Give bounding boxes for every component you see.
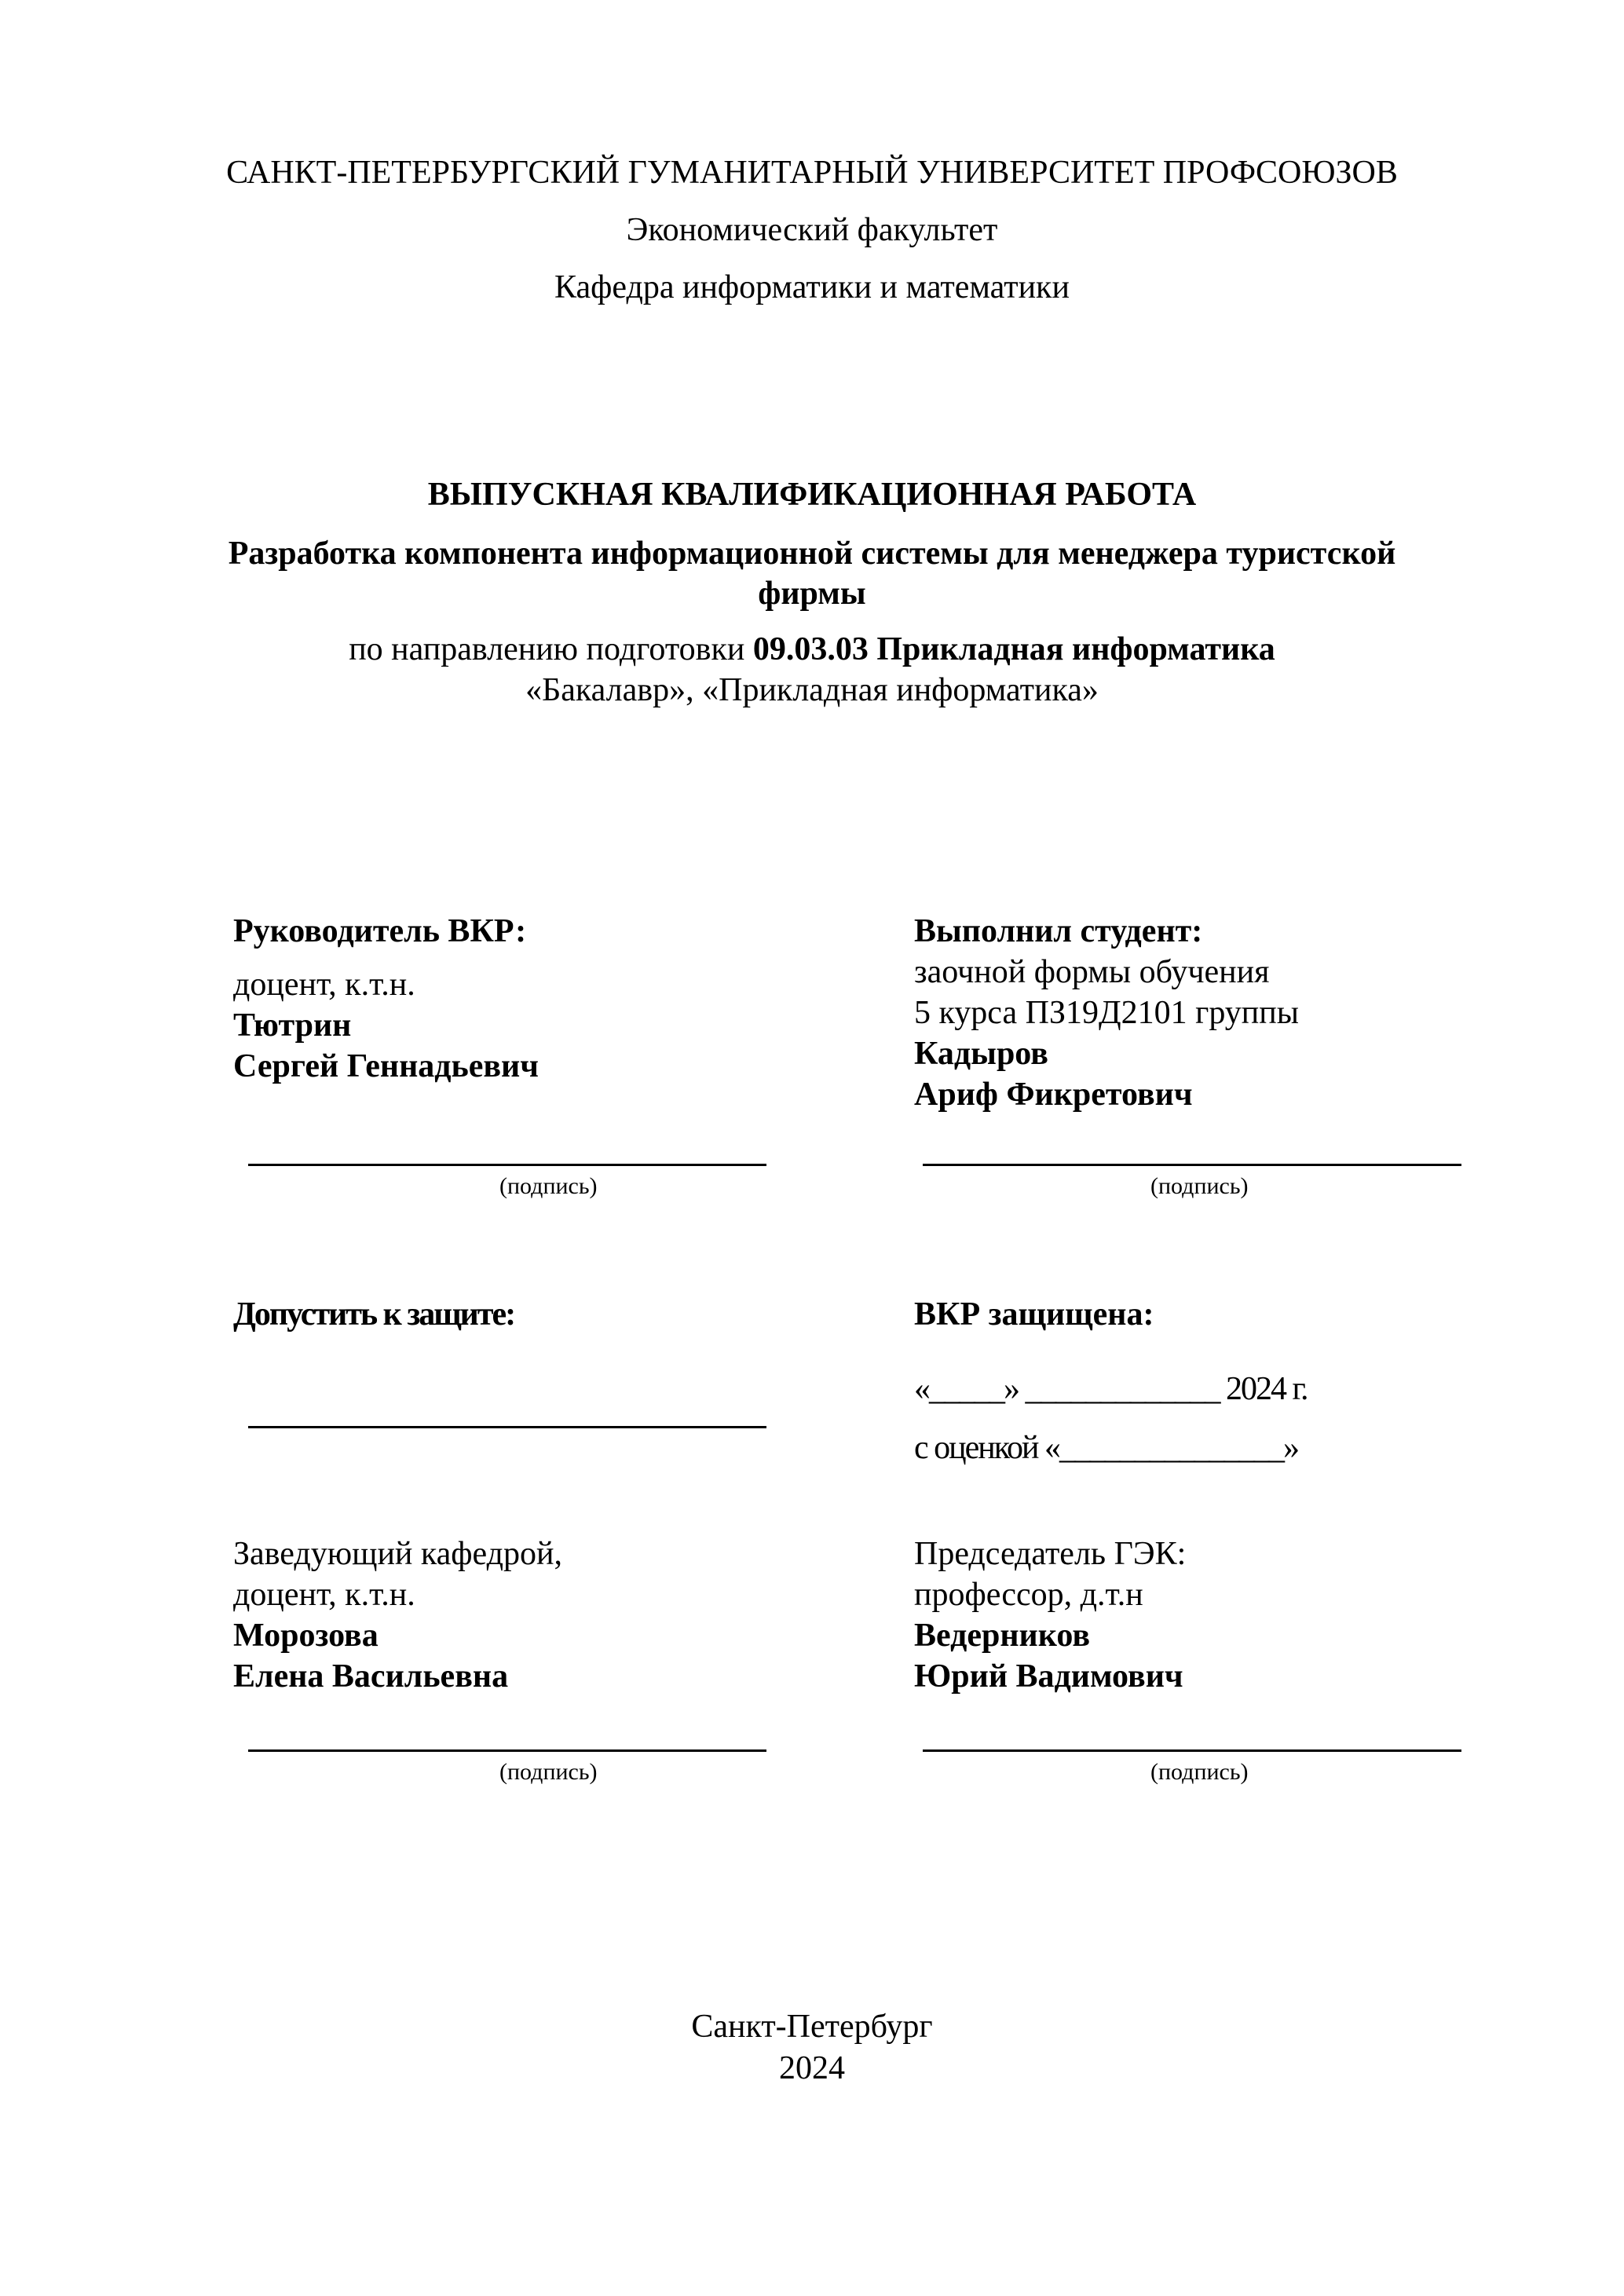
head-position-line-2: доцент, к.т.н. <box>233 1576 415 1614</box>
direction-line: по направлению подготовки 09.03.03 Прикл… <box>0 631 1624 668</box>
supervisor-position: доцент, к.т.н. <box>233 966 415 1004</box>
gek-signature-line <box>923 1749 1461 1752</box>
student-label: Выполнил студент: <box>914 912 1202 950</box>
university-name: САНКТ-ПЕТЕРБУРГСКИЙ ГУМАНИТАРНЫЙ УНИВЕРС… <box>0 154 1624 192</box>
defense-label: ВКР защищена: <box>914 1296 1154 1333</box>
admission-label: Допустить к защите: <box>233 1296 514 1333</box>
defense-grade-line: с оценкой «_______________» <box>914 1429 1298 1467</box>
head-surname: Морозова <box>233 1617 379 1654</box>
supervisor-name: Сергей Геннадьевич <box>233 1047 539 1085</box>
student-study-form: заочной формы обучения <box>914 953 1269 991</box>
department-name: Кафедра информатики и математики <box>0 269 1624 306</box>
supervisor-label: Руководитель ВКР: <box>233 912 526 950</box>
work-type-title: ВЫПУСКНАЯ КВАЛИФИКАЦИОННАЯ РАБОТА <box>0 476 1624 514</box>
supervisor-surname: Тютрин <box>233 1007 351 1044</box>
student-signature-line <box>923 1164 1461 1166</box>
supervisor-signature-caption: (подпись) <box>499 1173 598 1200</box>
qualification-line: «Бакалавр», «Прикладная информатика» <box>0 671 1624 709</box>
gek-position-line-1: Председатель ГЭК: <box>914 1535 1186 1573</box>
head-name: Елена Васильевна <box>233 1658 508 1695</box>
footer-year: 2024 <box>0 2049 1624 2087</box>
student-name: Ариф Фикретович <box>914 1076 1193 1113</box>
student-surname: Кадыров <box>914 1035 1048 1073</box>
direction-prefix: по направлению подготовки <box>349 631 753 667</box>
head-signature-line <box>248 1749 766 1752</box>
supervisor-signature-line <box>248 1164 766 1166</box>
head-position-line-1: Заведующий кафедрой, <box>233 1535 562 1573</box>
footer-city: Санкт-Петербург <box>0 2008 1624 2046</box>
admission-signature-line <box>248 1426 766 1428</box>
direction-code: 09.03.03 Прикладная информатика <box>753 631 1275 667</box>
defense-date-line: «_____» _____________ 2024 г. <box>914 1370 1308 1408</box>
topic-line-2: фирмы <box>0 575 1624 612</box>
topic-line-1: Разработка компонента информационной сис… <box>0 535 1624 572</box>
head-signature-caption: (подпись) <box>499 1759 598 1786</box>
faculty-name: Экономический факультет <box>0 211 1624 249</box>
gek-name: Юрий Вадимович <box>914 1658 1183 1695</box>
student-signature-caption: (подпись) <box>1150 1173 1249 1200</box>
gek-surname: Ведерников <box>914 1617 1090 1654</box>
gek-position-line-2: профессор, д.т.н <box>914 1576 1143 1614</box>
student-course-group: 5 курса ПЗ19Д2101 группы <box>914 994 1299 1032</box>
gek-signature-caption: (подпись) <box>1150 1759 1249 1786</box>
